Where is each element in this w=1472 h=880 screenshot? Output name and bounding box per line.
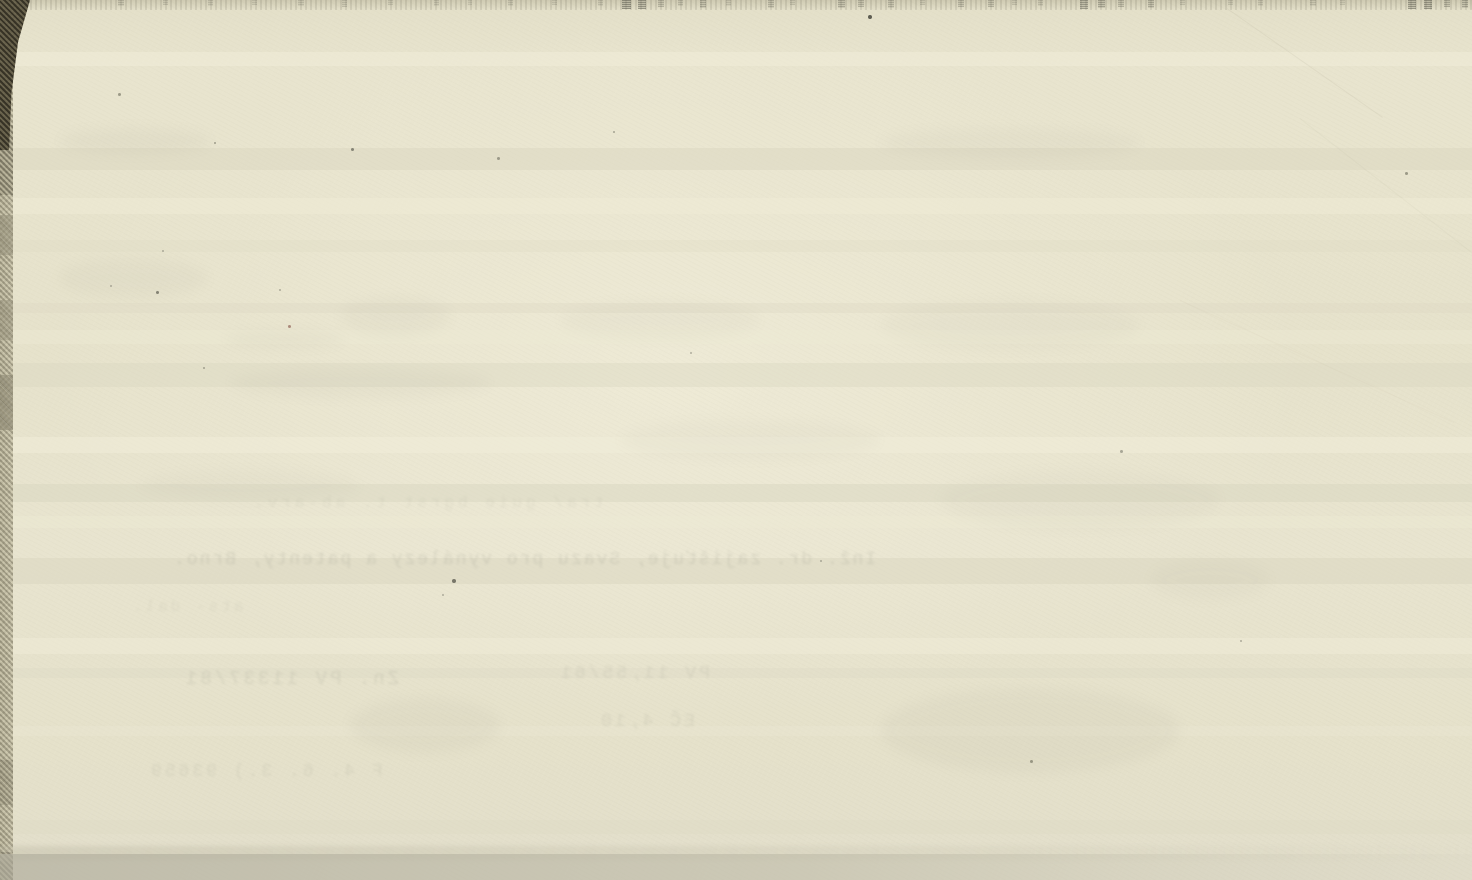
top-edge-mark xyxy=(252,0,257,5)
paper-speck xyxy=(279,289,281,291)
bottom-edge-shadow xyxy=(0,854,1472,880)
bleedthrough-line: PV 11,55/61 xyxy=(558,664,710,684)
top-edge-mark xyxy=(700,0,706,8)
paper-smudge xyxy=(340,296,450,336)
paper-smudge xyxy=(560,300,760,340)
top-edge-mark xyxy=(1340,0,1345,5)
top-edge-mark xyxy=(508,0,513,6)
top-edge-mark xyxy=(858,0,864,7)
bleedthrough-line: ats- dal. xyxy=(130,598,243,616)
top-edge-mark xyxy=(1462,0,1468,8)
top-edge-mark xyxy=(1038,0,1043,6)
paper-smudge xyxy=(940,470,1220,530)
top-edge-mark xyxy=(208,0,213,6)
paper-smudge xyxy=(880,128,1140,158)
paper-smudge xyxy=(620,420,880,460)
top-edge-mark xyxy=(678,0,683,6)
paper-smudge xyxy=(230,368,490,398)
paper-smudge xyxy=(60,128,210,154)
paper-speck xyxy=(497,157,500,160)
paper-speck xyxy=(162,250,164,252)
top-edge-mark xyxy=(888,0,894,8)
paper-speck xyxy=(288,325,291,328)
top-edge-mark xyxy=(1228,0,1233,5)
paper-speck xyxy=(613,131,615,133)
top-edge-mark xyxy=(1310,0,1316,6)
paper-smudge xyxy=(880,300,1140,350)
paper-smudge xyxy=(350,698,500,753)
top-edge-mark xyxy=(838,0,845,8)
top-edge-mark xyxy=(1408,0,1416,9)
paper-speck xyxy=(110,285,112,287)
top-edge-mark xyxy=(468,0,472,5)
top-edge-mark xyxy=(552,0,557,5)
paper-speck xyxy=(820,560,822,562)
top-edge-mark xyxy=(790,0,795,5)
top-edge-mark xyxy=(1424,0,1432,9)
top-edge-mark xyxy=(1148,0,1154,8)
top-edge-mark xyxy=(768,0,774,8)
paper-speck xyxy=(442,594,444,596)
top-edge-mark xyxy=(342,0,347,7)
paper-speck xyxy=(203,367,205,369)
bleedthrough-line: Inž. dr. zajišťuje, Svazu pro vynálezy a… xyxy=(172,550,876,570)
paper-speck xyxy=(1030,760,1033,763)
top-edge-mark xyxy=(988,0,994,7)
paper-speck xyxy=(1240,640,1242,642)
bleedthrough-line: Zn. PV 11337/81 xyxy=(183,668,399,690)
top-edge-band xyxy=(0,0,1472,10)
top-edge-mark xyxy=(1444,0,1450,7)
top-edge-mark xyxy=(388,0,393,5)
paper-speck xyxy=(351,148,354,151)
top-edge-mark xyxy=(1258,0,1263,6)
paper-smudge xyxy=(225,330,345,348)
top-edge-mark xyxy=(598,0,603,6)
paper-speck xyxy=(214,142,216,144)
paper-speck xyxy=(118,93,121,96)
top-edge-mark xyxy=(726,0,731,6)
top-edge-mark xyxy=(298,0,304,6)
bleedthrough-line: EČ 4,10 xyxy=(598,712,695,732)
paper-speck xyxy=(868,15,872,19)
top-edge-mark xyxy=(958,0,964,7)
paper-smudge xyxy=(1150,560,1270,600)
top-edge-mark xyxy=(118,0,124,6)
top-edge-mark xyxy=(434,0,439,6)
paper-speck xyxy=(156,291,159,294)
binding-edge-patch xyxy=(0,215,13,255)
top-edge-mark xyxy=(1080,0,1088,9)
top-edge-mark xyxy=(638,0,646,9)
top-edge-mark xyxy=(1098,0,1105,8)
bleedthrough-line: tra/ guie bgrst t. ab-arv. xyxy=(250,494,604,512)
paper-speck xyxy=(452,579,456,583)
paper-speck xyxy=(1405,172,1408,175)
bleedthrough-line: F 4. 6. 3.) 93659 xyxy=(148,762,383,782)
binding-edge-patch xyxy=(0,300,13,340)
top-edge-mark xyxy=(920,0,925,5)
binding-edge-patch xyxy=(0,375,13,430)
top-edge-mark xyxy=(1012,0,1017,5)
paper-speck xyxy=(690,352,692,354)
paper-smudge xyxy=(58,258,208,298)
scanned-document-page: tra/ guie bgrst t. ab-arv.Inž. dr. zajiš… xyxy=(0,0,1472,880)
top-edge-mark xyxy=(658,0,664,7)
top-edge-mark xyxy=(1118,0,1124,7)
top-edge-mark xyxy=(163,0,168,5)
binding-edge-patch xyxy=(0,760,13,805)
top-edge-mark xyxy=(622,0,631,9)
top-edge-mark xyxy=(1180,0,1185,5)
paper-speck xyxy=(1120,450,1123,453)
